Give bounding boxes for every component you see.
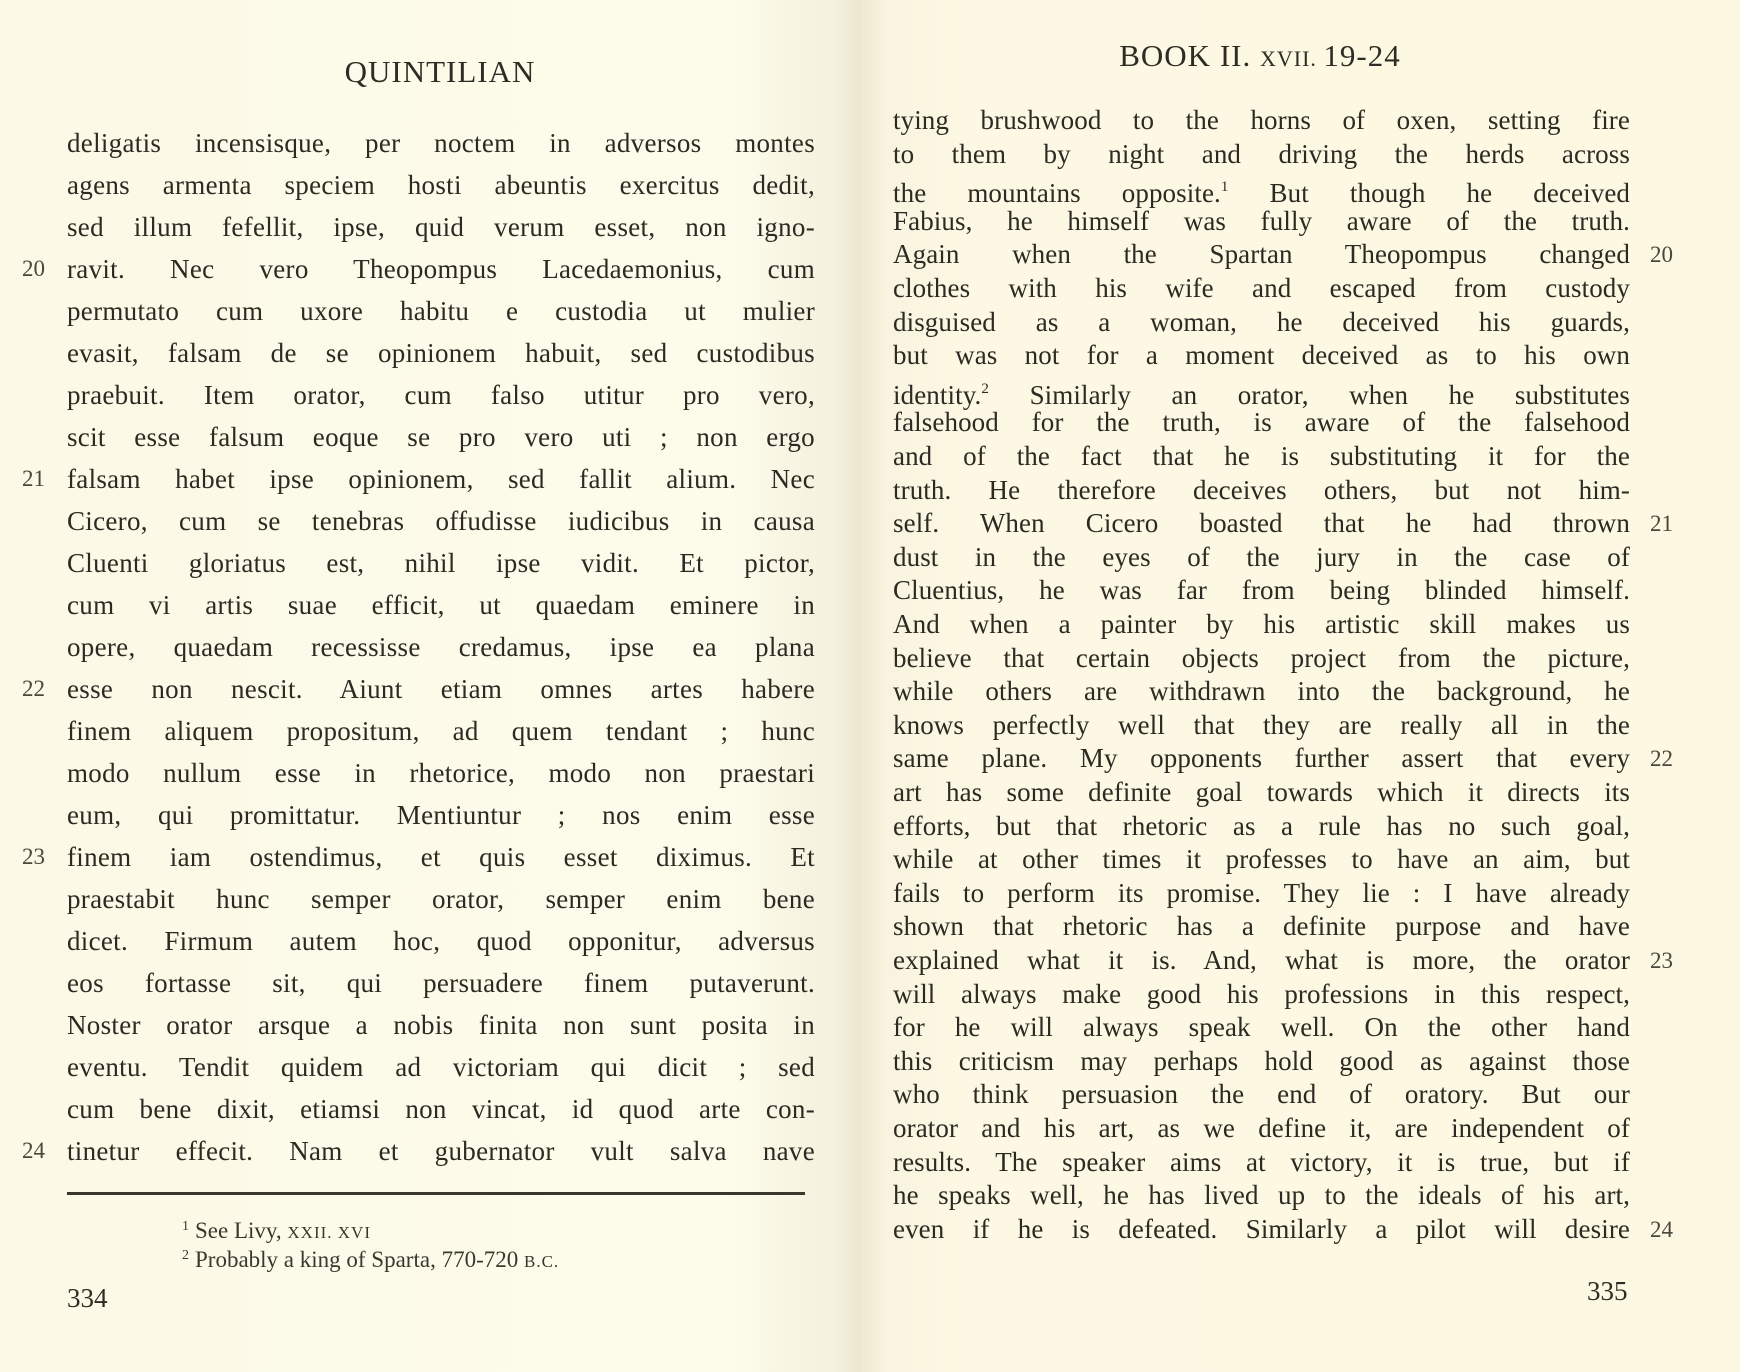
text-line: the mountains opposite.1 But though he d… xyxy=(893,171,1630,205)
right-running-head-range: 19-24 xyxy=(1323,38,1400,73)
text-line: dicet. Firmum autem hoc, quod opponitur,… xyxy=(67,920,815,962)
text-line: while others are withdrawn into the back… xyxy=(893,675,1630,709)
text-line: falsehood for the truth, is aware of the… xyxy=(893,406,1630,440)
section-number: 23 xyxy=(22,844,45,870)
text-line: Cicero, cum se tenebras offudisse iudici… xyxy=(67,500,815,542)
text-line: And when a painter by his artistic skill… xyxy=(893,608,1630,642)
text-line: he speaks well, he has lived up to the i… xyxy=(893,1179,1630,1213)
footnote-rule xyxy=(67,1192,805,1195)
text-line: even if he is defeated. Similarly a pilo… xyxy=(893,1213,1630,1247)
text-line: cum vi artis suae efficit, ut quaedam em… xyxy=(67,584,815,626)
section-number: 20 xyxy=(1650,242,1673,268)
text-line: tinetur effecit. Nam et gubernator vult … xyxy=(67,1130,815,1172)
text-line: for he will always speak well. On the ot… xyxy=(893,1011,1630,1045)
text-line: self. When Cicero boasted that he had th… xyxy=(893,507,1630,541)
text-line: Cluenti gloriatus est, nihil ipse vidit.… xyxy=(67,542,815,584)
text-line: identity.2 Similarly an orator, when he … xyxy=(893,373,1630,407)
text-line: agens armenta speciem hosti abeuntis exe… xyxy=(67,164,815,206)
text-line: Again when the Spartan Theopompus change… xyxy=(893,238,1630,272)
section-number: 24 xyxy=(1650,1217,1673,1243)
text-line: scit esse falsum eoque se pro vero uti ;… xyxy=(67,416,815,458)
text-line: Noster orator arsque a nobis finita non … xyxy=(67,1004,815,1046)
text-line: this criticism may perhaps hold good as … xyxy=(893,1045,1630,1079)
text-line: and of the fact that he is substituting … xyxy=(893,440,1630,474)
text-line: fails to perform its promise. They lie :… xyxy=(893,877,1630,911)
right-running-head-book: BOOK II. xyxy=(1119,38,1260,73)
section-number: 23 xyxy=(1650,948,1673,974)
text-line: clothes with his wife and escaped from c… xyxy=(893,272,1630,306)
footnote-marker[interactable]: 1 xyxy=(1221,179,1229,195)
text-line: falsam habet ipse opinionem, sed fallit … xyxy=(67,458,815,500)
section-number: 21 xyxy=(22,466,45,492)
section-number: 21 xyxy=(1650,511,1673,537)
text-line: results. The speaker aims at victory, it… xyxy=(893,1146,1630,1180)
text-line: Cluentius, he was far from being blinded… xyxy=(893,574,1630,608)
text-line: opere, quaedam recessisse credamus, ipse… xyxy=(67,626,815,668)
footnote-marker[interactable]: 2 xyxy=(981,381,989,397)
text-line: modo nullum esse in rhetorice, modo non … xyxy=(67,752,815,794)
right-running-head-chapter: XVII. xyxy=(1260,46,1323,71)
text-line: eventu. Tendit quidem ad victoriam qui d… xyxy=(67,1046,815,1088)
text-line: tying brushwood to the horns of oxen, se… xyxy=(893,104,1630,138)
text-line: Fabius, he himself was fully aware of th… xyxy=(893,205,1630,239)
text-line: dust in the eyes of the jury in the case… xyxy=(893,541,1630,575)
text-line: evasit, falsam de se opinionem habuit, s… xyxy=(67,332,815,374)
section-number: 22 xyxy=(22,676,45,702)
text-line: efforts, but that rhetoric as a rule has… xyxy=(893,810,1630,844)
page-number-left: 334 xyxy=(67,1283,108,1314)
footnote-text: See Livy, xyxy=(195,1218,287,1243)
text-line: orator and his art, as we define it, are… xyxy=(893,1112,1630,1146)
footnotes: 1See Livy, XXII. XVI2Probably a king of … xyxy=(182,1212,559,1270)
text-line: ravit. Nec vero Theopompus Lacedaemonius… xyxy=(67,248,815,290)
text-line: praebuit. Item orator, cum falso utitur … xyxy=(67,374,815,416)
text-line: cum bene dixit, etiamsi non vincat, id q… xyxy=(67,1088,815,1130)
footnote-number: 2 xyxy=(182,1248,189,1263)
text-line: art has some definite goal towards which… xyxy=(893,776,1630,810)
footnote-number: 1 xyxy=(182,1219,189,1234)
text-line: sed illum fefellit, ipse, quid verum ess… xyxy=(67,206,815,248)
text-line: finem iam ostendimus, et quis esset dixi… xyxy=(67,836,815,878)
text-line: shown that rhetoric has a definite purpo… xyxy=(893,910,1630,944)
text-line: disguised as a woman, he deceived his gu… xyxy=(893,306,1630,340)
text-line: truth. He therefore deceives others, but… xyxy=(893,474,1630,508)
text-line: same plane. My opponents further assert … xyxy=(893,742,1630,776)
footnote-text: Probably a king of Sparta, 770-720 xyxy=(195,1247,524,1272)
text-line: eum, qui promittatur. Mentiuntur ; nos e… xyxy=(67,794,815,836)
section-number: 24 xyxy=(22,1138,45,1164)
page-number-right: 335 xyxy=(1587,1276,1628,1307)
footnote: 2Probably a king of Sparta, 770-720 B.C. xyxy=(182,1241,559,1270)
footnote-smallcaps: B.C. xyxy=(524,1252,559,1271)
text-line: esse non nescit. Aiunt etiam omnes artes… xyxy=(67,668,815,710)
text-line: to them by night and driving the herds a… xyxy=(893,138,1630,172)
right-running-head: BOOK II. XVII. 19-24 xyxy=(860,38,1660,74)
section-number: 22 xyxy=(1650,746,1673,772)
text-line: praestabit hunc semper orator, semper en… xyxy=(67,878,815,920)
text-line: while at other times it professes to hav… xyxy=(893,843,1630,877)
text-line: believe that certain objects project fro… xyxy=(893,642,1630,676)
text-line: permutato cum uxore habitu e custodia ut… xyxy=(67,290,815,332)
book-spread: QUINTILIAN BOOK II. XVII. 19-24 deligati… xyxy=(0,0,1740,1372)
text-line: knows perfectly well that they are reall… xyxy=(893,709,1630,743)
text-line: who think persuasion the end of oratory.… xyxy=(893,1078,1630,1112)
text-line: explained what it is. And, what is more,… xyxy=(893,944,1630,978)
section-number: 20 xyxy=(22,256,45,282)
footnote-smallcaps: XXII. XVI xyxy=(287,1223,371,1242)
text-line: finem aliquem propositum, ad quem tendan… xyxy=(67,710,815,752)
left-running-head: QUINTILIAN xyxy=(0,54,880,90)
text-line: will always make good his professions in… xyxy=(893,978,1630,1012)
text-line: eos fortasse sit, qui persuadere finem p… xyxy=(67,962,815,1004)
text-line: but was not for a moment deceived as to … xyxy=(893,339,1630,373)
footnote: 1See Livy, XXII. XVI xyxy=(182,1212,559,1241)
text-line: deligatis incensisque, per noctem in adv… xyxy=(67,122,815,164)
